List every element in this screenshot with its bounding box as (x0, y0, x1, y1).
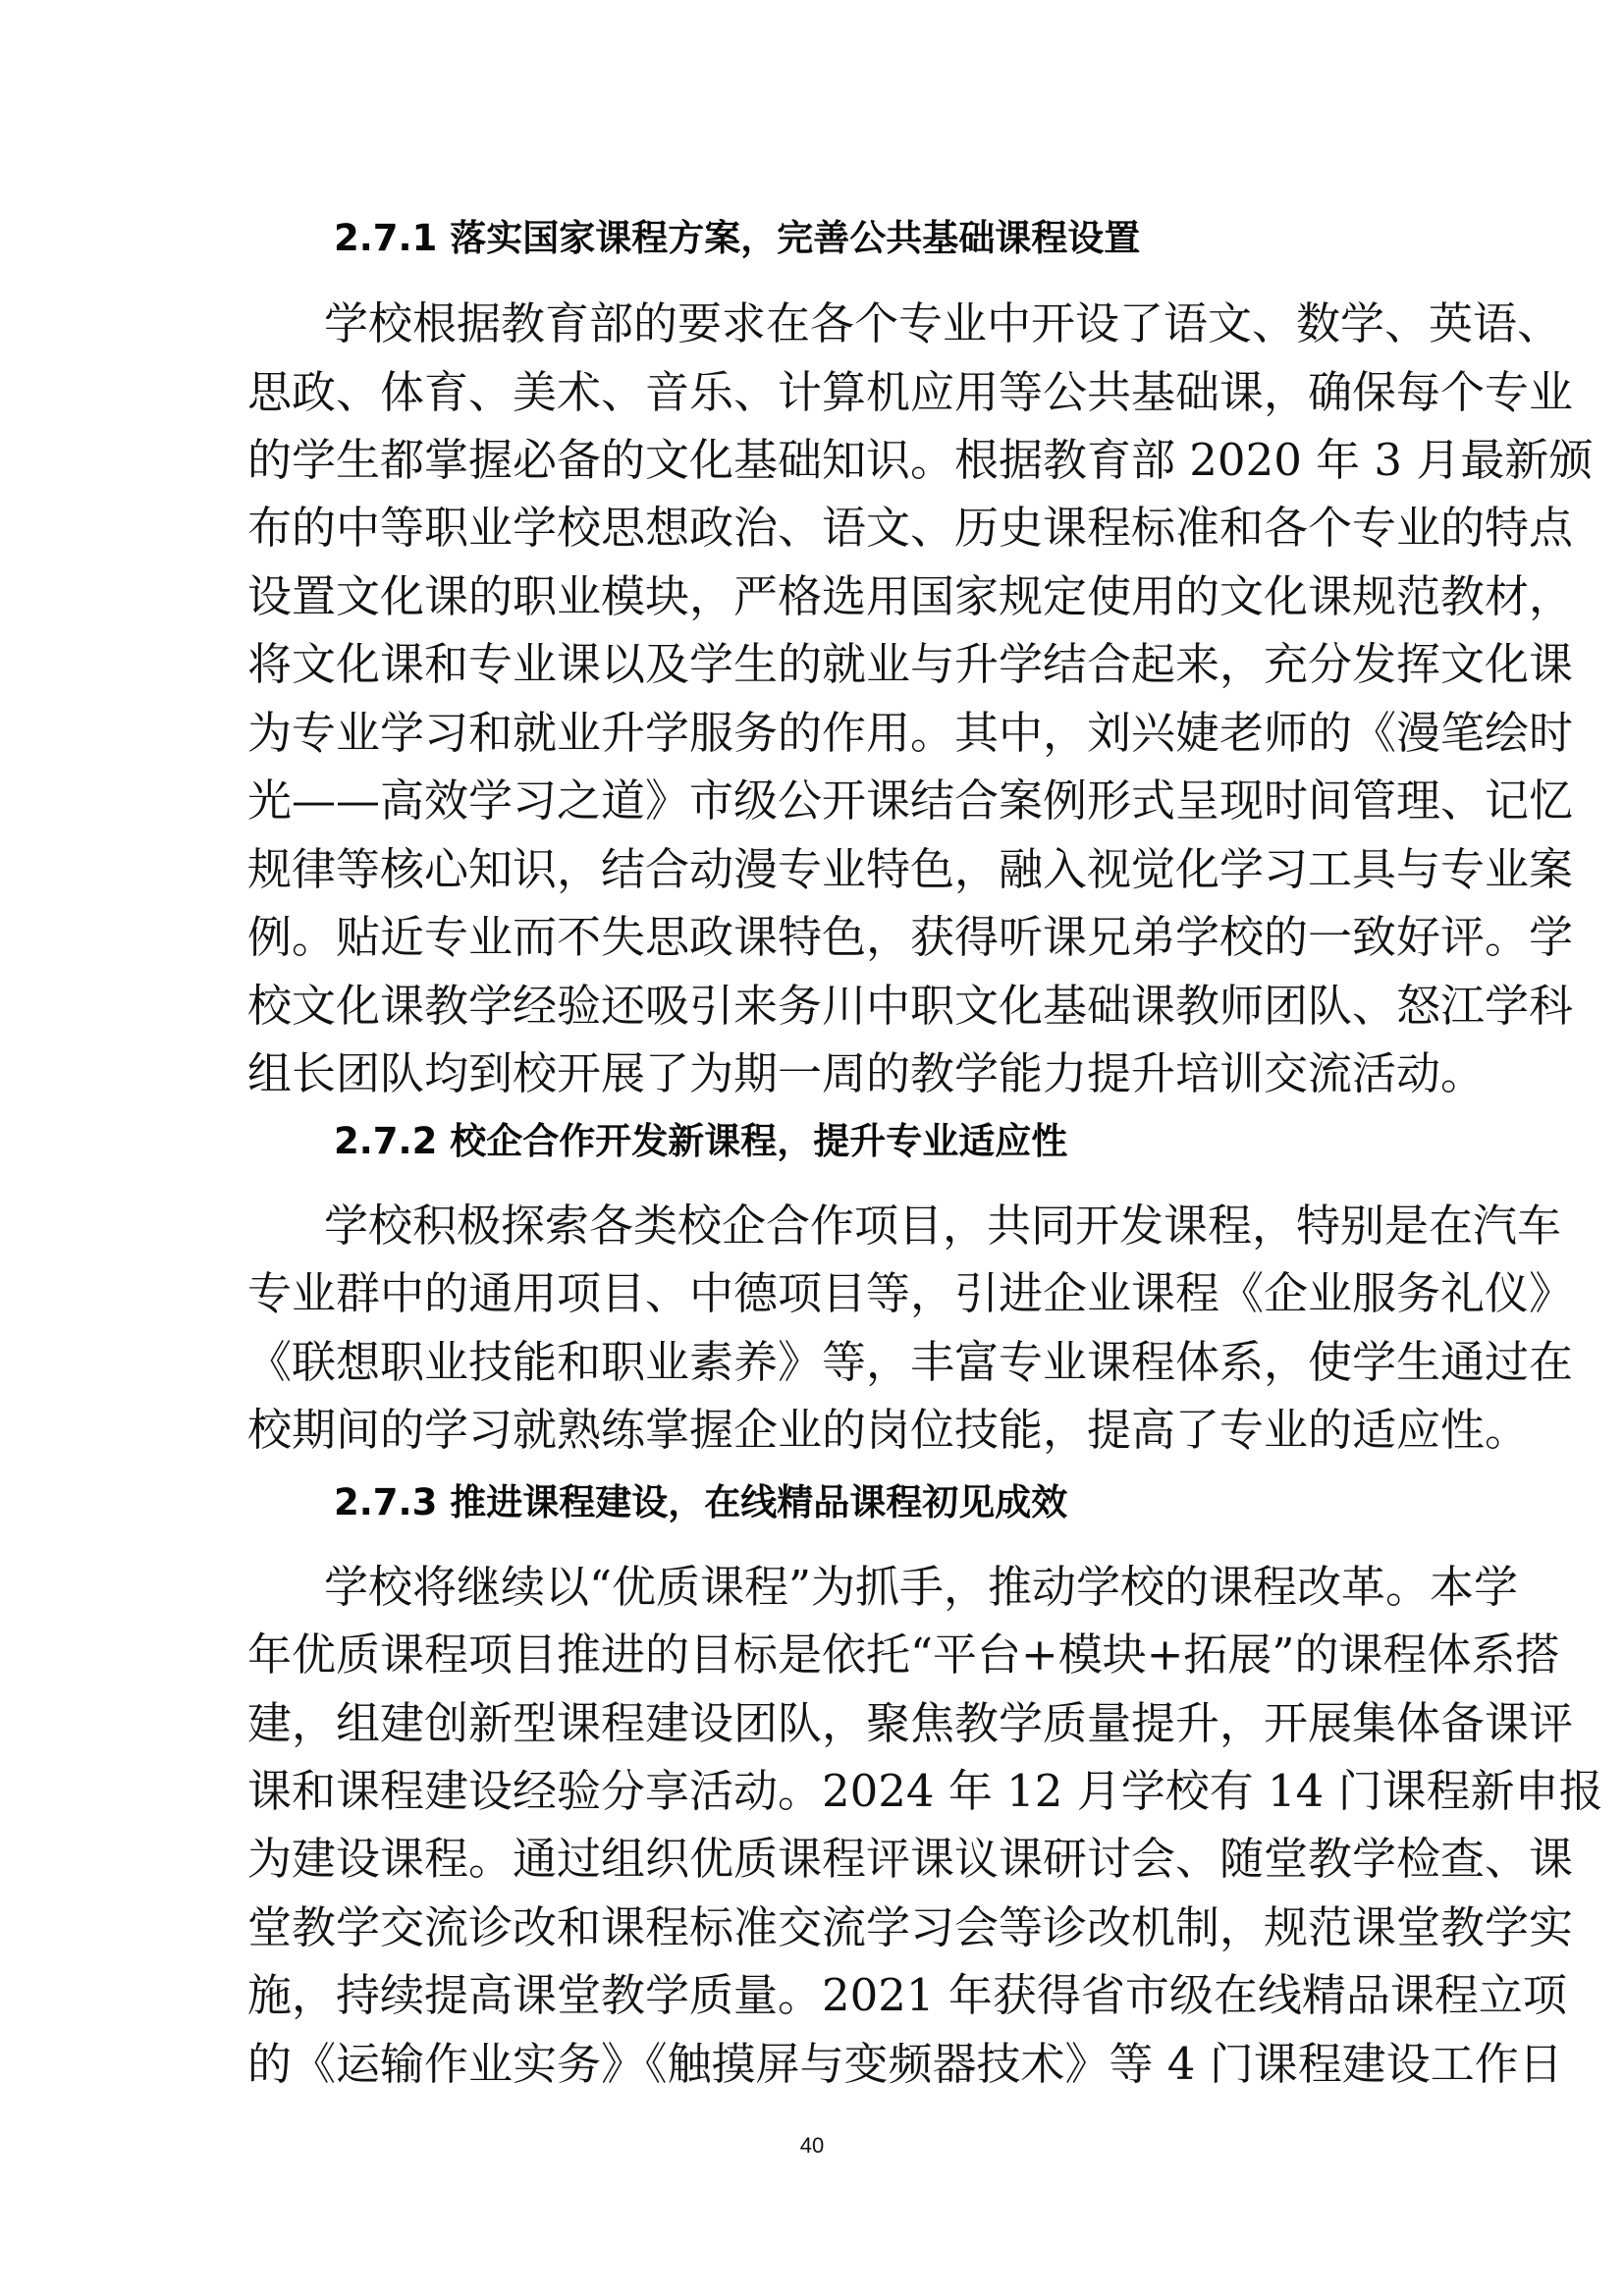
page-number: 40 (0, 2132, 1624, 2160)
paragraph-line: 的学生都掌握必备的文化基础知识。根据教育部 2020 年 3 月最新颁 (247, 433, 1380, 488)
paragraph-line: 例。贴近专业而不失思政课特色，获得听课兄弟学校的一致好评。学 (247, 910, 1380, 965)
document-page: 2.7.1 落实国家课程方案，完善公共基础课程设置 学校根据教育部的要求在各个专… (0, 0, 1624, 2296)
section-heading-2-7-3: 2.7.3 推进课程建设，在线精品课程初见成效 (334, 1481, 1067, 1524)
paragraph-line: 思政、体育、美术、音乐、计算机应用等公共基础课，确保每个专业 (247, 365, 1380, 420)
paragraph-line: 为建设课程。通过组织优质课程评课议课研讨会、随堂教学检查、课 (247, 1832, 1380, 1887)
paragraph-line: 《联想职业技能和职业素养》等，丰富专业课程体系，使学生通过在 (247, 1335, 1380, 1390)
paragraph-line: 专业群中的通用项目、中德项目等，引进企业课程《企业服务礼仪》 (247, 1266, 1380, 1321)
paragraph-line: 学校根据教育部的要求在各个专业中开设了语文、数学、英语、 (324, 296, 1380, 351)
paragraph-line: 组长团队均到校开展了为期一周的教学能力提升培训交流活动。 (247, 1046, 1380, 1101)
paragraph-line: 为专业学习和就业升学服务的作用。其中，刘兴婕老师的《漫笔绘时 (247, 706, 1380, 761)
paragraph-line: 光——高效学习之道》市级公开课结合案例形式呈现时间管理、记忆 (247, 774, 1380, 828)
paragraph-line: 设置文化课的职业模块，严格选用国家规定使用的文化课规范教材， (247, 569, 1380, 624)
paragraph-line: 布的中等职业学校思想政治、语文、历史课程标准和各个专业的特点 (247, 501, 1380, 556)
paragraph-line: 学校积极探索各类校企合作项目，共同开发课程，特别是在汽车 (324, 1199, 1380, 1254)
paragraph-line: 的《运输作业实务》《触摸屏与变频器技术》等 4 门课程建设工作日 (247, 2037, 1380, 2092)
paragraph-line: 建，组建创新型课程建设团队，聚焦教学质量提升，开展集体备课评 (247, 1696, 1380, 1751)
paragraph-line: 学校将继续以“优质课程”为抓手，推动学校的课程改革。本学 (324, 1560, 1380, 1615)
section-heading-2-7-1: 2.7.1 落实国家课程方案，完善公共基础课程设置 (334, 217, 1140, 260)
paragraph-line: 施，持续提高课堂教学质量。2021 年获得省市级在线精品课程立项 (247, 1968, 1380, 2023)
paragraph-line: 将文化课和专业课以及学生的就业与升学结合起来，充分发挥文化课 (247, 637, 1380, 692)
paragraph-line: 校期间的学习就熟练掌握企业的岗位技能，提高了专业的适应性。 (247, 1403, 1380, 1458)
section-heading-2-7-2: 2.7.2 校企合作开发新课程，提升专业适应性 (334, 1120, 1067, 1163)
paragraph-line: 规律等核心知识，结合动漫专业特色，融入视觉化学习工具与专业案 (247, 842, 1380, 897)
paragraph-line: 校文化课教学经验还吸引来务川中职文化基础课教师团队、怒江学科 (247, 979, 1380, 1034)
paragraph-line: 堂教学交流诊改和课程标准交流学习会等诊改机制，规范课堂教学实 (247, 1900, 1380, 1955)
paragraph-line: 年优质课程项目推进的目标是依托“平台+模块+拓展”的课程体系搭 (247, 1628, 1380, 1682)
paragraph-line: 课和课程建设经验分享活动。2024 年 12 月学校有 14 门课程新申报 (247, 1764, 1380, 1819)
